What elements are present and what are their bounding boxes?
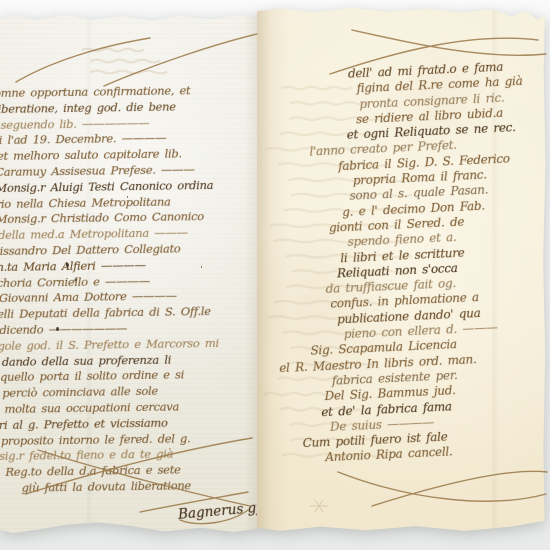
signature: Bagnerus gf [177,499,258,523]
manuscript-page-left: omne opportuna confirmatione, etliberati… [0,13,258,534]
handwritten-line: giù fatti la dovuta liberatione [22,477,258,496]
manuscript-page-right: dell' ad mi fratd.o e famafigina del R.r… [257,7,546,534]
manuscript-spread: omne opportuna confirmatione, etliberati… [0,0,550,550]
left-page-text: omne opportuna confirmatione, etliberati… [0,82,258,496]
right-page-text: dell' ad mi fratd.o e famafigina del R.r… [257,58,546,469]
ink-speck [66,263,69,267]
manuscript-photo: omne opportuna confirmatione, etliberati… [0,0,550,550]
